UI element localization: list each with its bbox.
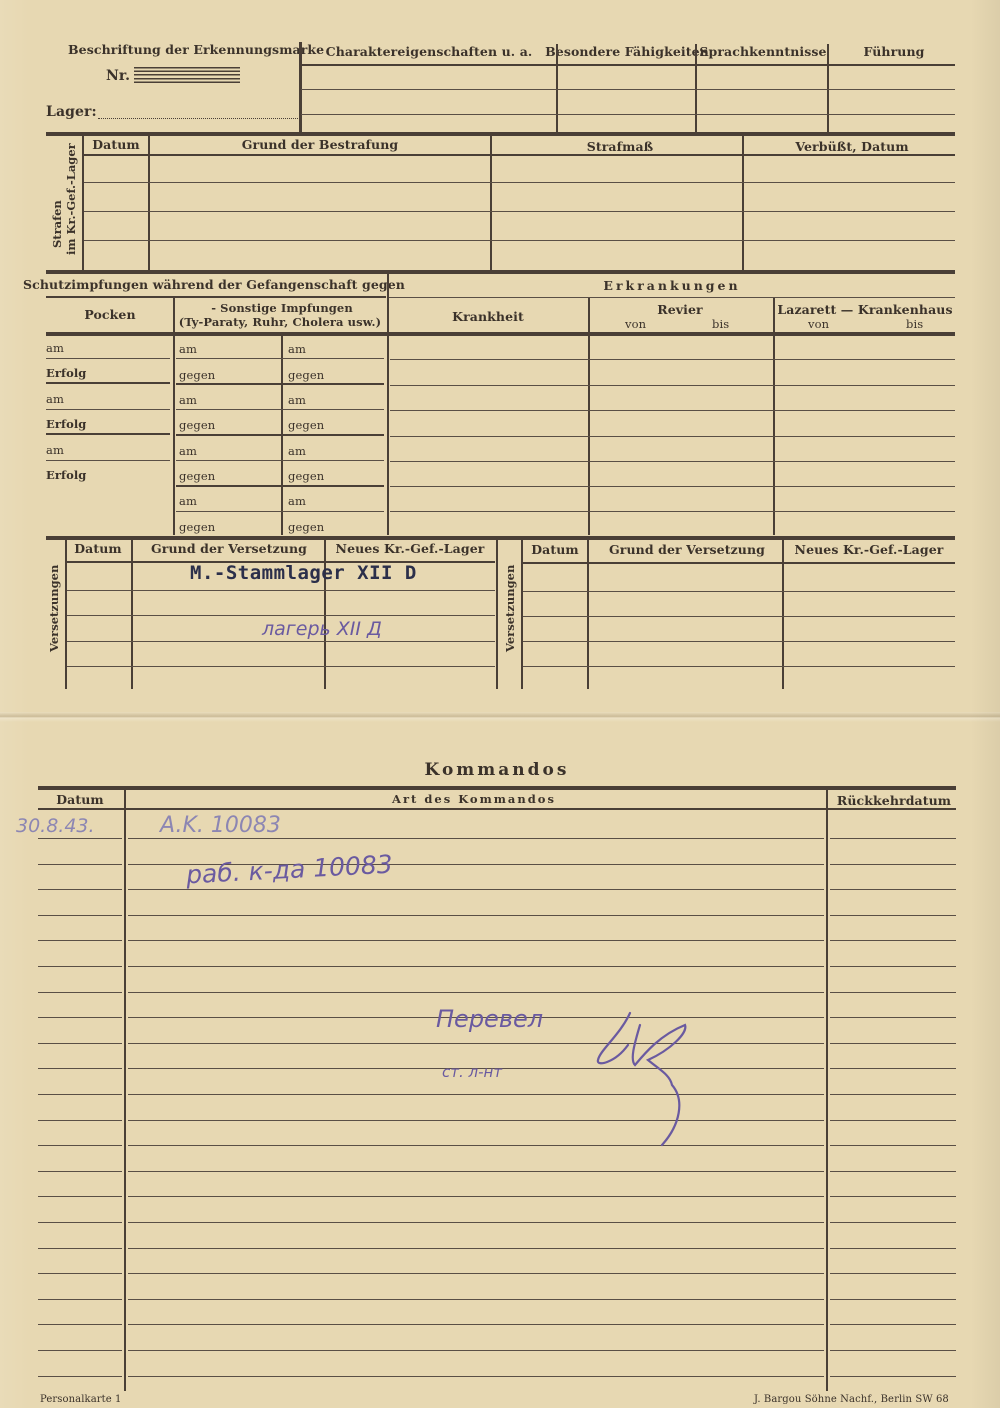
col-sprachen: Sprachkenntnisse xyxy=(699,44,826,59)
kommando-row-rule xyxy=(128,1145,824,1146)
sonstige-row: am xyxy=(288,342,306,356)
sonstige-row: am xyxy=(288,444,306,458)
kommando-row-rule xyxy=(128,1120,824,1121)
rule xyxy=(523,666,955,667)
kommando-row-rule xyxy=(830,966,956,967)
rule xyxy=(84,182,955,183)
kommandos-col-datum: Datum xyxy=(56,792,104,807)
kommando-row-rule xyxy=(128,992,824,993)
sonstige-label: - Sonstige Impfungen xyxy=(211,301,353,315)
kommando-row-rule xyxy=(38,1196,122,1197)
kommando-row-rule xyxy=(128,1324,824,1325)
kommando-row-rule xyxy=(38,889,122,890)
rule xyxy=(67,641,495,642)
kommando-row-rule xyxy=(830,889,956,890)
kommando-row-rule xyxy=(830,992,956,993)
kommando-row-rule xyxy=(128,1043,824,1044)
revier-von: von xyxy=(625,317,646,331)
rule xyxy=(390,511,955,512)
rule xyxy=(390,486,955,487)
kommando-row-rule xyxy=(128,838,824,839)
kommando-entry-art: раб. к-да 10083 xyxy=(185,850,393,890)
krankheit-label: Krankheit xyxy=(452,309,524,324)
kommandos-col-rueckkehr: Rückkehrdatum xyxy=(837,793,951,808)
kommando-row-rule xyxy=(128,915,824,916)
kommando-row-rule xyxy=(830,1273,956,1274)
kommando-row-rule xyxy=(830,1043,956,1044)
kommando-row-rule xyxy=(830,1171,956,1172)
rule xyxy=(176,460,384,461)
pocken-row: Erfolg xyxy=(46,468,86,482)
kommando-row-rule xyxy=(38,1376,122,1377)
kommando-row-rule xyxy=(128,1248,824,1249)
sonstige-row: am xyxy=(179,393,197,407)
kommandos-heading: Kommandos xyxy=(425,760,570,780)
rule xyxy=(46,409,170,410)
rule xyxy=(38,808,956,810)
kommando-row-rule xyxy=(38,1017,122,1018)
kommando-row-rule xyxy=(830,1196,956,1197)
col-fuehrung: Führung xyxy=(863,44,924,59)
kommando-row-rule xyxy=(830,1350,956,1351)
handwritten-lager: лагерь XII Д xyxy=(262,618,382,640)
kommando-row-rule xyxy=(830,1145,956,1146)
kommando-row-rule xyxy=(830,1017,956,1018)
paper-fold xyxy=(0,712,1000,722)
kommando-row-rule xyxy=(830,1094,956,1095)
revier-label: Revier xyxy=(657,302,703,317)
kommando-row-rule xyxy=(830,1376,956,1377)
sonstige-row: gegen xyxy=(179,520,215,534)
rule xyxy=(67,590,495,591)
lager-field[interactable] xyxy=(98,118,298,119)
personalkarte-page: Beschriftung der Erkennungsmarke Nr. Lag… xyxy=(0,0,1000,1408)
rule xyxy=(390,410,955,411)
kommando-row-rule xyxy=(38,1120,122,1121)
kommando-row-rule xyxy=(830,1068,956,1069)
rule xyxy=(84,154,955,156)
pocken-row: Erfolg xyxy=(46,366,86,380)
rule xyxy=(176,485,384,487)
strafen-col-verbuesst: Verbüßt, Datum xyxy=(795,139,908,154)
sonstige-row: gegen xyxy=(288,368,324,382)
kommando-row-rule xyxy=(830,940,956,941)
divider xyxy=(588,298,590,535)
kommando-row-rule xyxy=(128,889,824,890)
divider xyxy=(826,789,828,1391)
rule xyxy=(390,436,955,437)
rule xyxy=(390,359,955,360)
rule xyxy=(46,382,170,384)
sonstige-row: gegen xyxy=(288,418,324,432)
kommando-row-rule xyxy=(128,1094,824,1095)
vers-col-datum-right: Datum xyxy=(531,542,579,557)
rule xyxy=(46,433,170,435)
versetzungen-side-label-left: Versetzungen xyxy=(47,565,61,652)
kommando-row-rule xyxy=(830,1120,956,1121)
rule xyxy=(523,562,955,564)
rule xyxy=(176,434,384,436)
kommando-row-rule xyxy=(38,915,122,916)
divider xyxy=(496,539,498,689)
rule xyxy=(38,786,956,790)
rule xyxy=(46,536,955,540)
kommando-row-rule xyxy=(830,838,956,839)
sonstige-row: gegen xyxy=(179,368,215,382)
signature-rank: ст. л-нт xyxy=(442,1063,502,1081)
vers-col-lager-right: Neues Kr.-Gef.-Lager xyxy=(795,542,944,557)
rule xyxy=(523,591,955,592)
sonstige-row: gegen xyxy=(288,520,324,534)
rule xyxy=(301,89,955,90)
erkrankungen-heading: Erkrankungen xyxy=(603,278,740,293)
printer-imprint: J. Bargou Söhne Nachf., Berlin SW 68 xyxy=(754,1394,949,1405)
rule xyxy=(46,358,170,359)
sonstige-row: gegen xyxy=(179,418,215,432)
kommando-row-rule xyxy=(128,940,824,941)
rule xyxy=(46,132,955,136)
form-id: Personalkarte 1 xyxy=(40,1394,122,1405)
kommando-row-rule xyxy=(830,1248,956,1249)
rule xyxy=(176,511,384,512)
signature-text: Перевел xyxy=(436,1005,543,1033)
rule xyxy=(390,461,955,462)
rule xyxy=(523,641,955,642)
kommando-row-rule xyxy=(128,1299,824,1300)
pocken-row: am xyxy=(46,392,64,406)
vers-col-lager-left: Neues Kr.-Gef.-Lager xyxy=(336,541,485,556)
rule xyxy=(389,297,955,298)
kommando-row-rule xyxy=(38,1248,122,1249)
rule xyxy=(84,211,955,212)
stammlager-stamp: M.-Stammlager XII D xyxy=(190,562,417,584)
sonstige-row: am xyxy=(288,393,306,407)
kommando-row-rule xyxy=(128,1376,824,1377)
kommando-row-rule xyxy=(830,1324,956,1325)
kommando-row-rule xyxy=(38,1299,122,1300)
col-faehigkeiten: Besondere Fähigkeiten xyxy=(545,44,709,59)
versetzungen-side-label-right: Versetzungen xyxy=(503,565,517,652)
sonstige-row: am xyxy=(179,494,197,508)
revier-bis: bis xyxy=(712,317,729,331)
kommando-row-rule xyxy=(38,838,122,839)
strafen-col-strafmass: Strafmaß xyxy=(587,139,654,154)
rule xyxy=(84,240,955,241)
kommandos-col-art: Art des Kommandos xyxy=(392,792,556,806)
strafen-side-label: Strafen xyxy=(50,200,64,248)
nr-field[interactable] xyxy=(134,67,240,83)
rule xyxy=(301,64,955,66)
divider xyxy=(773,298,775,535)
vers-col-datum-left: Datum xyxy=(74,541,122,556)
strafen-side-label-2: im Kr.-Gef.-Lager xyxy=(64,143,78,255)
lager-label: Lager: xyxy=(46,104,97,120)
kommando-row-rule xyxy=(38,992,122,993)
kommando-entry-art: A.K. 10083 xyxy=(160,813,281,838)
divider xyxy=(299,42,302,134)
divider xyxy=(124,789,126,1391)
rule xyxy=(67,666,495,667)
signature-flourish xyxy=(590,1005,700,1150)
sonstige-row: am xyxy=(179,342,197,356)
vers-col-grund-left: Grund der Versetzung xyxy=(151,541,307,556)
sonstige-row: gegen xyxy=(179,469,215,483)
kommando-row-rule xyxy=(38,1145,122,1146)
pocken-label: Pocken xyxy=(84,307,135,322)
kommando-row-rule xyxy=(128,1222,824,1223)
kommando-row-rule xyxy=(38,1350,122,1351)
pocken-row: am xyxy=(46,443,64,457)
kommando-row-rule xyxy=(128,1273,824,1274)
strafen-col-datum: Datum xyxy=(92,137,140,152)
divider xyxy=(387,273,389,535)
nr-label: Nr. xyxy=(106,68,130,84)
kommando-row-rule xyxy=(38,1222,122,1223)
pocken-row: Erfolg xyxy=(46,417,86,431)
sonstige-row: gegen xyxy=(288,469,324,483)
rule xyxy=(523,616,955,617)
kommando-row-rule xyxy=(38,1171,122,1172)
vers-col-grund-right: Grund der Versetzung xyxy=(609,542,765,557)
kommando-row-rule xyxy=(128,1196,824,1197)
rule xyxy=(46,332,955,336)
kommando-row-rule xyxy=(830,915,956,916)
kommando-row-rule xyxy=(38,1324,122,1325)
sonstige-row: am xyxy=(288,494,306,508)
strafen-col-grund: Grund der Bestrafung xyxy=(242,137,398,152)
marker-heading: Beschriftung der Erkennungsmarke xyxy=(68,42,324,57)
rule xyxy=(46,270,955,274)
sonstige-sublabel: (Ty-Paraty, Ruhr, Cholera usw.) xyxy=(179,315,381,329)
kommando-row-rule xyxy=(830,1222,956,1223)
kommando-row-rule xyxy=(128,1350,824,1351)
kommando-row-rule xyxy=(128,1171,824,1172)
rule xyxy=(176,409,384,410)
kommando-entry-datum: 30.8.43. xyxy=(16,815,95,837)
kommando-row-rule xyxy=(38,1043,122,1044)
kommando-row-rule xyxy=(38,1068,122,1069)
impfungen-heading: Schutzimpfungen während der Gefangenscha… xyxy=(23,277,405,292)
kommando-row-rule xyxy=(38,966,122,967)
kommando-row-rule xyxy=(38,1094,122,1095)
rule xyxy=(67,615,495,616)
rule xyxy=(390,385,955,386)
rule xyxy=(176,383,384,385)
kommando-row-rule xyxy=(38,864,122,865)
pocken-row: am xyxy=(46,341,64,355)
rule xyxy=(301,114,955,115)
rule xyxy=(176,358,384,359)
kommando-row-rule xyxy=(830,864,956,865)
kommando-row-rule xyxy=(128,966,824,967)
kommando-row-rule xyxy=(830,1299,956,1300)
lazarett-bis: bis xyxy=(906,317,923,331)
col-charakter: Charaktereigenschaften u. a. xyxy=(326,44,533,59)
kommando-row-rule xyxy=(38,940,122,941)
kommando-row-rule xyxy=(38,1273,122,1274)
rule xyxy=(46,296,386,298)
lazarett-label: Lazarett — Krankenhaus xyxy=(777,302,952,317)
rule xyxy=(46,460,170,461)
lazarett-von: von xyxy=(808,317,829,331)
sonstige-row: am xyxy=(179,444,197,458)
